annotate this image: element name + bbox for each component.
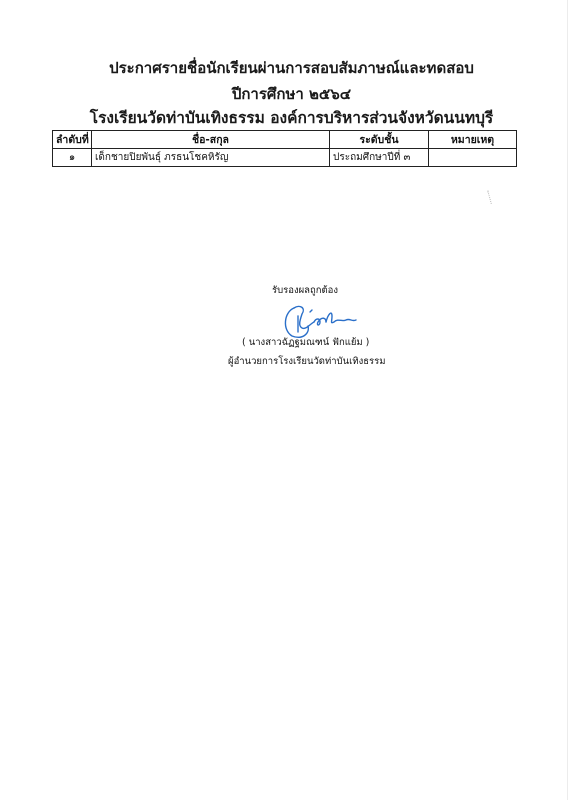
header-grade: ระดับชั้น bbox=[330, 131, 429, 149]
cell-grade: ประถมศึกษาปีที่ ๓ bbox=[330, 149, 429, 167]
certification-text: รับรองผลถูกต้อง bbox=[272, 283, 338, 298]
table-row: ๑ เด็กชายปิยพันธุ์ ภรธนโชคหิรัญ ประถมศึก… bbox=[53, 149, 517, 167]
cell-name: เด็กชายปิยพันธุ์ ภรธนโชคหิรัญ bbox=[92, 149, 330, 167]
header-order: ลำดับที่ bbox=[53, 131, 92, 149]
student-roster-table: ลำดับที่ ชื่อ-สกุล ระดับชั้น หมายเหตุ ๑ … bbox=[52, 130, 517, 167]
announcement-title: ประกาศรายชื่อนักเรียนผ่านการสอบสัมภาษณ์แ… bbox=[0, 56, 583, 80]
school-name: โรงเรียนวัดท่าบันเทิงธรรม องค์การบริหารส… bbox=[0, 105, 583, 130]
table-header-row: ลำดับที่ ชื่อ-สกุล ระดับชั้น หมายเหตุ bbox=[53, 131, 517, 149]
cell-order: ๑ bbox=[53, 149, 92, 167]
header-remark: หมายเหตุ bbox=[429, 131, 517, 149]
academic-year: ปีการศึกษา ๒๕๖๔ bbox=[0, 82, 583, 106]
scan-speck bbox=[487, 190, 493, 204]
cell-remark bbox=[429, 149, 517, 167]
header-name: ชื่อ-สกุล bbox=[92, 131, 330, 149]
signer-name: ( นางสาวฉัฏฐมณฑน์ ฟักแย้ม ) bbox=[242, 335, 369, 350]
signer-position: ผู้อำนวยการโรงเรียนวัดท่าบันเทิงธรรม bbox=[228, 354, 385, 369]
